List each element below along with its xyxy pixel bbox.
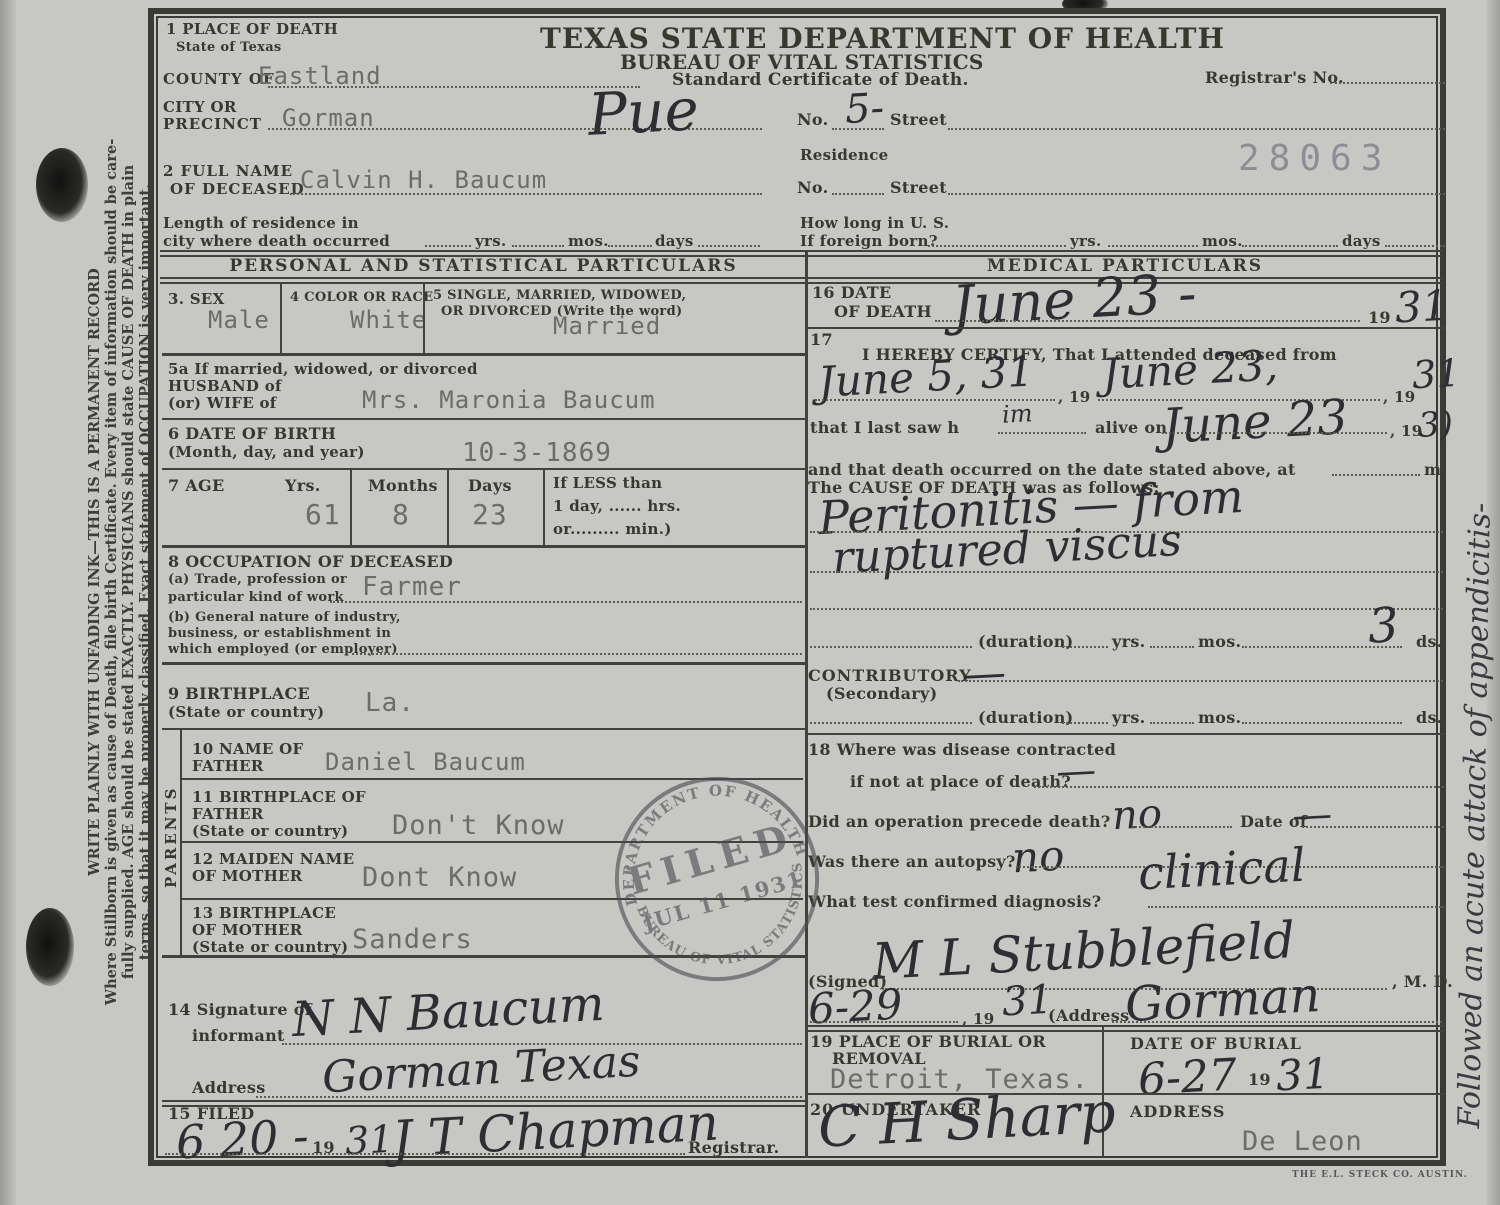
mother-name-label-1: 12 MAIDEN NAME	[192, 850, 354, 868]
informant-address-line	[256, 1096, 802, 1098]
mother-bp-label-1: 13 BIRTHPLACE	[192, 904, 336, 922]
house-no-label: No.	[797, 110, 829, 129]
signed-address-value: Gorman	[1124, 967, 1322, 1033]
father-bp-value: Don't Know	[392, 810, 565, 841]
age-div3	[543, 468, 545, 545]
res-days-line	[608, 245, 652, 247]
duration2-line-3	[1242, 722, 1402, 724]
operation-label: Did an operation precede death?	[808, 812, 1111, 831]
occurred-line	[1332, 474, 1420, 476]
fullname-value: Calvin H. Baucum	[300, 166, 547, 194]
occupation-b1: (b) General nature of industry,	[168, 610, 401, 625]
operation-value: no	[1111, 791, 1163, 840]
signed-date-line	[810, 1021, 958, 1023]
informant-label-2: informant	[192, 1026, 285, 1045]
signed-md-label: , M. D.	[1392, 972, 1453, 991]
rowE-separator	[162, 662, 805, 665]
mother-name-label-2: OF MOTHER	[192, 867, 303, 885]
state-of-texas-label: State of Texas	[176, 40, 282, 55]
occupation-title: 8 OCCUPATION OF DECEASED	[168, 552, 453, 571]
father-name-value: Daniel Baucum	[325, 748, 526, 776]
age-label: 7 AGE	[168, 476, 224, 495]
contributory-secondary-label: (Secondary)	[826, 684, 938, 703]
age-less-2: 1 day, ...... hrs.	[553, 497, 681, 515]
burial-year-printed: 19	[1248, 1070, 1271, 1089]
street-label: Street	[890, 110, 947, 129]
street-line	[948, 128, 1445, 130]
residence-street-line	[948, 193, 1445, 195]
residence-no-label: No.	[797, 178, 829, 197]
county-line	[268, 86, 640, 88]
rowF-separator	[162, 728, 805, 730]
band-bottom-rule	[160, 277, 1443, 284]
marital-value: Married	[553, 312, 661, 340]
residence-length-label-2: city where death occurred	[163, 232, 390, 250]
age-days-label: Days	[468, 476, 512, 495]
father-name-label-2: FATHER	[192, 757, 264, 775]
duration2-ds-label: ds.	[1416, 708, 1443, 727]
father-bp-label-2: FATHER	[192, 805, 264, 823]
test-value: clinical	[1137, 838, 1307, 901]
certify-to-date: June 23,	[1101, 340, 1279, 398]
last-saw-label-1: that I last saw h	[810, 418, 959, 437]
section1-label: 1 PLACE OF DEATH	[166, 20, 338, 38]
sex-race-divider	[280, 282, 282, 353]
race-label: 4 COLOR OR RACE	[290, 290, 433, 305]
mother-name-value: Dont Know	[362, 862, 517, 893]
cause-rule-2	[810, 571, 1443, 573]
rowB-separator	[162, 418, 805, 420]
house-no-line	[832, 128, 884, 130]
death-year-printed: 19	[1368, 308, 1391, 327]
occupation-a-line	[330, 601, 802, 603]
age-months-label: Months	[368, 476, 438, 495]
operation-date-line	[1302, 826, 1444, 828]
duration-line-1	[1062, 646, 1108, 648]
res-days-label: days	[655, 232, 694, 250]
q18-label-2: if not at place of death?	[850, 772, 1071, 791]
age-yrs-value: 61	[305, 498, 341, 531]
last-saw-line-1	[998, 432, 1086, 434]
mother-bp-label-2: OF MOTHER	[192, 921, 303, 939]
undertaker-address-value: De Leon	[1242, 1126, 1363, 1157]
certify-number: 17	[810, 330, 833, 349]
residence-length-label-1: Length of residence in	[163, 214, 359, 232]
spouse-label-3: (or) WIFE of	[168, 394, 277, 412]
res-yrs-line	[425, 245, 471, 247]
age-months-value: 8	[392, 498, 410, 531]
age-days-value: 23	[472, 498, 508, 531]
city-handwritten: Pue	[586, 75, 700, 149]
city-label-1: CITY OR	[163, 98, 237, 116]
cause-rule-3	[810, 608, 1443, 610]
autopsy-value: no	[1011, 831, 1066, 883]
death-date-line	[935, 320, 1360, 322]
duration2-line-0	[810, 722, 972, 724]
hole-punch-bottom	[26, 908, 74, 986]
printer-imprint: THE E.L. STECK CO. AUSTIN.	[1292, 1170, 1468, 1180]
row16-separator	[805, 327, 1445, 329]
fullname-label-2: OF DECEASED	[170, 180, 305, 198]
contributory-label: CONTRIBUTORY	[808, 666, 972, 685]
last-saw-label-2: alive on	[1095, 418, 1167, 437]
age-less-1: If LESS than	[553, 474, 662, 492]
signed-year-handwritten: 31	[1001, 977, 1054, 1026]
margin-instructions: WRITE PLAINLY WITH UNFADING INK—THIS IS …	[86, 32, 154, 1112]
certificate-number-stamp: 28063	[1238, 138, 1391, 179]
duration2-label: (duration)	[978, 708, 1074, 727]
q18-line	[1034, 786, 1444, 788]
occupation-b-line	[352, 653, 802, 655]
occupation-a1: (a) Trade, profession or	[168, 572, 347, 587]
death-date-value: June 23 -	[951, 262, 1198, 338]
fullname-line	[290, 193, 762, 195]
death-date-label-1: 16 DATE	[812, 283, 891, 302]
margin-instructions-line2: Where Stillborn is given as cause of Dea…	[103, 32, 120, 1112]
autopsy-label: Was there an autopsy?	[808, 852, 1016, 871]
operation-line	[1132, 826, 1232, 828]
residence-no-line	[832, 193, 884, 195]
res-days-line2	[698, 245, 760, 247]
birth-label-1: 6 DATE OF BIRTH	[168, 424, 336, 443]
father-name-label-1: 10 NAME OF	[192, 740, 303, 758]
birth-value: 10-3-1869	[462, 438, 612, 468]
race-marital-divider	[423, 282, 425, 353]
contributory-line	[958, 680, 1443, 682]
filed-year-handwritten: 31	[344, 1117, 395, 1163]
margin-instructions-line1: WRITE PLAINLY WITH UNFADING INK—THIS IS …	[86, 32, 103, 1112]
rowC-separator	[162, 468, 805, 470]
column-divider	[805, 252, 808, 1158]
occurred-m-label: m.	[1424, 460, 1447, 479]
filed-date: 6 20 -	[175, 1109, 310, 1170]
test-line	[1148, 906, 1444, 908]
mother-bp-label-3: (State or country)	[192, 938, 348, 956]
age-less-3: or......... min.)	[553, 520, 672, 538]
sex-value: Male	[208, 306, 270, 334]
us-length-label-2: If foreign born?	[800, 232, 938, 250]
header-certificate-title: Standard Certificate of Death.	[672, 70, 969, 90]
operation-date-value: —	[1291, 791, 1333, 839]
us-days-label: days	[1342, 232, 1381, 250]
us-mos-line	[1108, 245, 1198, 247]
birth-label-2: (Month, day, and year)	[168, 443, 365, 461]
birthplace-value: La.	[365, 688, 415, 718]
us-mos-label: mos.	[1202, 232, 1243, 250]
certify-pre1: , 19	[1058, 388, 1091, 406]
death-year-handwritten: 31	[1394, 281, 1450, 333]
undertaker-address-label: ADDRESS	[1130, 1102, 1225, 1121]
registrar-no-line	[1330, 82, 1445, 84]
occupation-b2: business, or establishment in	[168, 626, 391, 641]
residence-street-label: Street	[890, 178, 947, 197]
father-bp-label-3: (State or country)	[192, 822, 348, 840]
occupation-a2: particular kind of work	[168, 590, 344, 605]
rowA-separator	[162, 353, 805, 356]
duration-line-2	[1150, 646, 1194, 648]
race-value: White	[350, 306, 427, 334]
birthplace-label-1: 9 BIRTHPLACE	[168, 684, 310, 703]
age-yrs-label: Yrs.	[285, 476, 321, 495]
informant-address-label: Address	[192, 1078, 266, 1097]
occupation-value: Farmer	[362, 572, 462, 602]
duration2-yrs-label: yrs.	[1112, 708, 1146, 727]
age-div2	[447, 468, 449, 545]
us-yrs-label: yrs.	[1070, 232, 1102, 250]
us-days-line	[1242, 245, 1338, 247]
res-mos-label: mos.	[568, 232, 609, 250]
duration-mos-label: mos.	[1198, 632, 1241, 651]
last-saw-line-2	[1162, 432, 1387, 434]
scan-left-edge	[0, 0, 16, 1205]
duration-ds-value: 3	[1367, 597, 1400, 655]
burial-date-value: 6-27	[1137, 1049, 1238, 1105]
registrar-title-label: Registrar.	[688, 1138, 779, 1157]
certify-pre2: , 19	[1383, 388, 1416, 406]
birthplace-label-2: (State or country)	[168, 703, 324, 721]
margin-instructions-line3: fully supplied. AGE should be stated EXA…	[120, 32, 137, 1112]
us-length-label-1: How long in U. S.	[800, 214, 949, 232]
res-mos-line	[512, 245, 564, 247]
us-days-line2	[1385, 245, 1445, 247]
duration-ds-label: ds.	[1416, 632, 1443, 651]
signed-address-line	[1112, 1021, 1442, 1023]
duration-line-0	[810, 646, 972, 648]
scanned-death-certificate: WRITE PLAINLY WITH UNFADING INK—THIS IS …	[0, 0, 1500, 1205]
duration-yrs-label: yrs.	[1112, 632, 1146, 651]
row18-top-separator	[805, 733, 1445, 735]
duration2-line-1	[1062, 722, 1108, 724]
last-saw-year: 3)	[1417, 404, 1454, 446]
death-date-label-2: OF DEATH	[834, 302, 932, 321]
contributory-dash: —	[961, 647, 1008, 700]
spouse-value: Mrs. Maronia Baucum	[362, 386, 656, 414]
filed-line	[165, 1153, 685, 1155]
rowD-separator	[162, 545, 805, 548]
spouse-label-1: 5a If married, widowed, or divorced	[168, 360, 478, 378]
mother-bp-value: Sanders	[352, 924, 473, 955]
duration2-mos-label: mos.	[1198, 708, 1241, 727]
last-saw-him: im	[1001, 399, 1033, 429]
personal-band-title: PERSONAL AND STATISTICAL PARTICULARS	[162, 256, 805, 276]
father-bp-label-1: 11 BIRTHPLACE OF	[192, 788, 366, 806]
age-div1	[350, 468, 352, 545]
residence-label: Residence	[800, 146, 888, 164]
parents-vertical-label: PARENTS	[162, 786, 180, 888]
last-saw-date: June 23	[1161, 389, 1349, 455]
fullname-label-1: 2 FULL NAME	[163, 162, 293, 180]
certify-to-year: 31	[1411, 351, 1462, 397]
hole-punch-top	[36, 148, 88, 222]
house-no-value: 5-	[844, 85, 885, 133]
registrar-no-label: Registrar's No.	[1205, 68, 1344, 87]
us-yrs-line	[928, 245, 1066, 247]
marital-label-1: 5 SINGLE, MARRIED, WIDOWED,	[433, 288, 686, 303]
duration2-line-2	[1150, 722, 1194, 724]
test-label: What test confirmed diagnosis?	[808, 892, 1101, 911]
res-yrs-label: yrs.	[475, 232, 507, 250]
city-label-2: PRECINCT	[163, 115, 262, 133]
spouse-label-2: HUSBAND of	[168, 377, 282, 395]
row19-top-separator	[805, 1025, 1445, 1032]
